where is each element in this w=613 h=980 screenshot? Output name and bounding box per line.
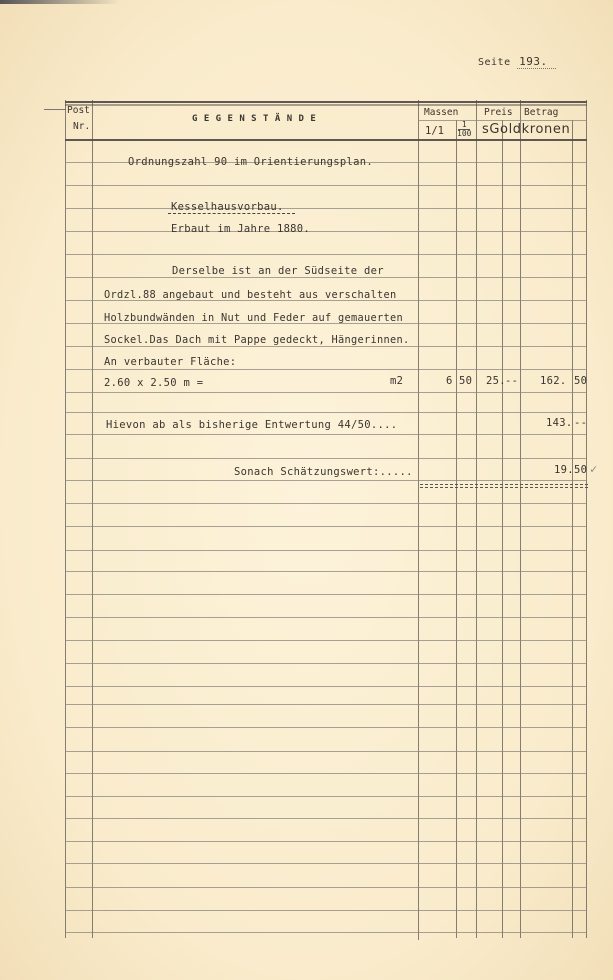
header-post: Post bbox=[67, 105, 90, 116]
row-text-8: 2.60 x 2.50 m = bbox=[104, 377, 203, 389]
column-divider-masses-sub bbox=[456, 120, 457, 938]
row-line bbox=[65, 392, 587, 393]
row-line bbox=[65, 704, 587, 705]
row-line bbox=[65, 571, 587, 572]
header-masses: Massen bbox=[424, 107, 458, 118]
column-divider-items bbox=[418, 100, 419, 940]
row-line bbox=[65, 863, 587, 864]
row-mass-int-8: 6 bbox=[446, 375, 453, 387]
title-underline bbox=[168, 213, 295, 214]
fraction-denominator: 100 bbox=[457, 129, 471, 138]
header-masses-hundredth: 1 100 bbox=[457, 121, 471, 138]
row-line bbox=[65, 277, 587, 278]
row-text-9: Hievon ab als bisherige Entwertung 44/50… bbox=[106, 419, 397, 431]
row-line bbox=[65, 412, 587, 413]
row-unit-8: m2 bbox=[390, 375, 403, 387]
row-line bbox=[65, 208, 587, 209]
row-text-0: Ordnungszahl 90 im Orientierungsplan. bbox=[128, 156, 373, 168]
row-line bbox=[65, 796, 587, 797]
column-divider-post bbox=[92, 100, 93, 938]
row-amount-dec-9: -- bbox=[574, 417, 587, 429]
row-amount-int-10: 19. bbox=[554, 464, 574, 476]
row-text-4: Ordzl.88 angebaut und besteht aus versch… bbox=[104, 289, 396, 301]
row-line bbox=[65, 887, 587, 888]
scan-edge-shadow bbox=[0, 0, 120, 4]
row-amount-dec-10: 50 bbox=[574, 464, 587, 476]
row-line bbox=[65, 369, 587, 370]
row-text-3: Derselbe ist an der Südseite der bbox=[172, 265, 384, 277]
row-text-2: Erbaut im Jahre 1880. bbox=[171, 223, 310, 235]
page-number-value: 193. bbox=[517, 55, 556, 69]
row-line bbox=[65, 231, 587, 232]
header-mid-line bbox=[418, 120, 587, 121]
header-nr: Nr. bbox=[73, 121, 90, 132]
row-amount-dec-8: 50 bbox=[574, 375, 587, 387]
column-divider-amount bbox=[520, 100, 521, 938]
header-items: G E G E N S T Ä N D E bbox=[192, 114, 316, 124]
column-divider-price bbox=[476, 100, 477, 938]
row-amount-int-9: 143. bbox=[546, 417, 573, 429]
row-line bbox=[65, 773, 587, 774]
row-text-6: Sockel.Das Dach mit Pappe gedeckt, Hänge… bbox=[104, 334, 409, 346]
row-line bbox=[65, 727, 587, 728]
row-line bbox=[65, 686, 587, 687]
row-text-5: Holzbundwänden in Nut und Feder auf gema… bbox=[104, 312, 403, 324]
column-divider-price-sub bbox=[502, 120, 503, 938]
row-line bbox=[65, 254, 587, 255]
row-text-1: Kesselhausvorbau. bbox=[171, 201, 284, 213]
row-line bbox=[65, 818, 587, 819]
page-label: Seite bbox=[478, 57, 511, 68]
table-border-right bbox=[586, 100, 587, 938]
row-line bbox=[65, 932, 587, 933]
page-number: Seite 193. bbox=[478, 55, 556, 69]
row-line bbox=[65, 751, 587, 752]
header-price: Preis bbox=[484, 107, 513, 118]
row-line bbox=[65, 346, 587, 347]
header-currency: sGoldkronen bbox=[482, 122, 570, 137]
header-bottom-line bbox=[65, 139, 587, 141]
row-amount-int-8: 162. bbox=[540, 375, 567, 387]
row-line bbox=[65, 434, 587, 435]
row-line bbox=[65, 480, 587, 481]
row-line bbox=[65, 526, 587, 527]
row-line bbox=[65, 617, 587, 618]
column-divider-amount-cents bbox=[572, 120, 573, 938]
row-line bbox=[65, 458, 587, 459]
header-masses-full: 1/1 bbox=[425, 125, 444, 137]
row-line bbox=[65, 910, 587, 911]
row-line bbox=[65, 640, 587, 641]
total-double-underline bbox=[420, 484, 588, 488]
table-top-border-2 bbox=[65, 104, 587, 106]
fraction-numerator: 1 bbox=[462, 120, 467, 129]
row-price-dec-8: -- bbox=[505, 375, 518, 387]
row-price-int-8: 25. bbox=[486, 375, 506, 387]
row-text-7: An verbauter Fläche: bbox=[104, 356, 236, 368]
row-mass-dec-8: 50 bbox=[459, 375, 472, 387]
row-line bbox=[65, 550, 587, 551]
table-border-left bbox=[65, 100, 66, 938]
row-line bbox=[65, 841, 587, 842]
row-text-10: Sonach Schätzungswert:..... bbox=[234, 466, 413, 478]
row-line bbox=[65, 503, 587, 504]
row-line bbox=[65, 663, 587, 664]
checkmark-icon: ✓ bbox=[590, 462, 597, 476]
margin-tick bbox=[44, 109, 66, 110]
row-line bbox=[65, 185, 587, 186]
header-amount: Betrag bbox=[524, 107, 558, 118]
table-top-border bbox=[65, 101, 587, 103]
row-line bbox=[65, 594, 587, 595]
